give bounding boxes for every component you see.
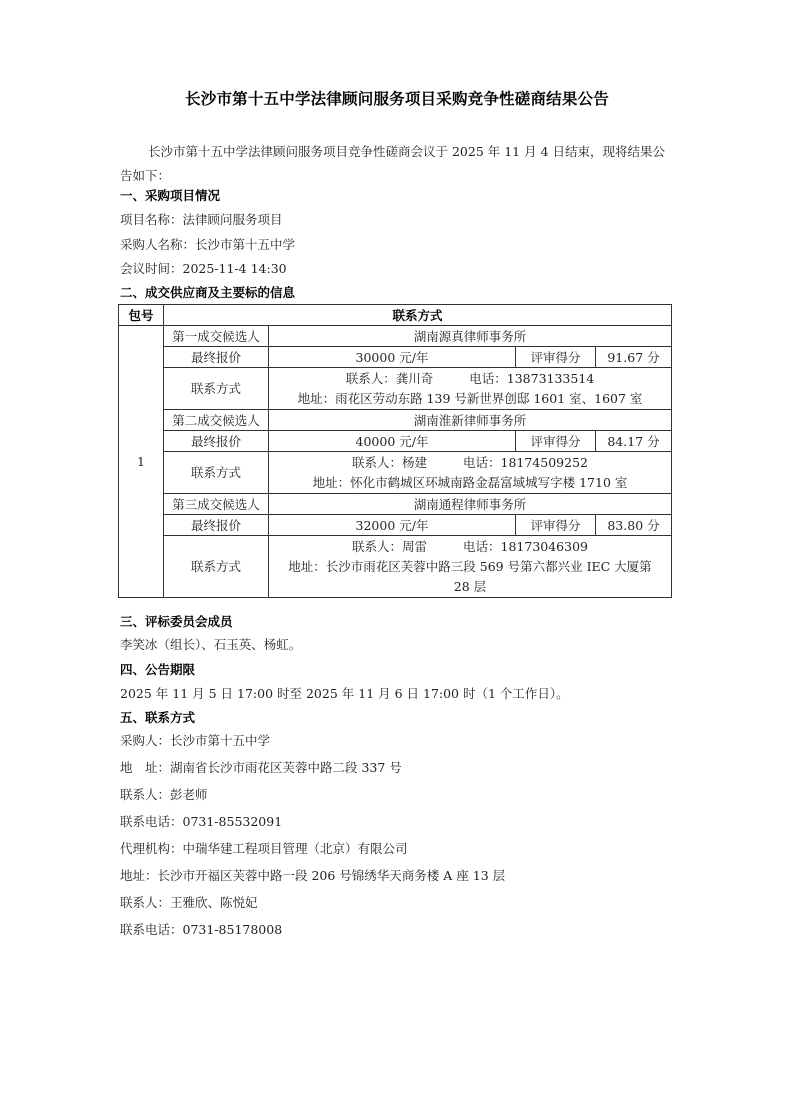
contact-person: 联系人：杨建 [352,455,427,470]
contact-info: 联系人：龚川奇电话：13873133514 地址：雨花区劳动东路 139 号新世… [269,368,672,410]
table-row: 第三成交候选人 湖南通程律师事务所 [119,494,672,515]
contact-info: 联系人：周雷电话：18173046309 地址：长沙市雨花区芙蓉中路三段 569… [269,536,672,598]
document-page: 长沙市第十五中学法律顾问服务项目采购竞争性磋商结果公告 长沙市第十五中学法律顾问… [0,0,794,1108]
section-4-heading: 四、公告期限 [120,660,195,678]
table-row: 1 第一成交候选人 湖南源真律师事务所 [119,326,672,347]
section-2-heading: 二、成交供应商及主要标的信息 [120,283,295,301]
firm-name: 湖南通程律师事务所 [269,494,672,515]
contact-agency-address: 地址：长沙市开福区芙蓉中路一段 206 号锦绣华天商务楼 A 座 13 层 [120,866,505,884]
table-row: 第二成交候选人 湖南淮新律师事务所 [119,410,672,431]
score-value: 84.17 分 [596,431,672,452]
contact-purchaser: 采购人：长沙市第十五中学 [120,731,270,749]
contact-purchaser-address: 地 址：湖南省长沙市雨花区芙蓉中路二段 337 号 [120,758,402,776]
contact-label: 联系方式 [164,536,269,598]
contact-info: 联系人：杨建电话：18174509252 地址：怀化市鹤城区环城南路金磊富域城写… [269,452,672,494]
contact-phone: 电话：18173046309 [463,539,588,554]
results-table: 包号 联系方式 1 第一成交候选人 湖南源真律师事务所 最终报价 30000 元… [118,304,672,598]
score-value: 91.67 分 [596,347,672,368]
contact-agency: 代理机构：中瑞华建工程项目管理（北京）有限公司 [120,839,408,857]
contact-address: 地址：怀化市鹤城区环城南路金磊富域城写字楼 1710 室 [273,473,667,493]
committee-members: 李笑冰（组长）、石玉英、杨虹。 [120,635,301,653]
table-row: 联系方式 联系人：杨建电话：18174509252 地址：怀化市鹤城区环城南路金… [119,452,672,494]
score-label: 评审得分 [516,515,596,536]
price-label: 最终报价 [164,515,269,536]
intro-paragraph: 长沙市第十五中学法律顾问服务项目竞争性磋商会议于 2025 年 11 月 4 日… [120,140,676,188]
contact-purchaser-person: 联系人：彭老师 [120,785,208,803]
contact-phone: 电话：13873133514 [469,371,594,386]
header-package: 包号 [119,305,164,326]
price-value: 40000 元/年 [269,431,516,452]
firm-name: 湖南淮新律师事务所 [269,410,672,431]
section-3-heading: 三、评标委员会成员 [120,612,233,630]
contact-agency-phone: 联系电话：0731-85178008 [120,920,282,938]
notice-period: 2025 年 11 月 5 日 17:00 时至 2025 年 11 月 6 日… [120,684,569,702]
contact-agency-persons: 联系人：王雅欣、陈悦妃 [120,893,258,911]
table-row: 最终报价 30000 元/年 评审得分 91.67 分 [119,347,672,368]
table-row: 联系方式 联系人：龚川奇电话：13873133514 地址：雨花区劳动东路 13… [119,368,672,410]
contact-label: 联系方式 [164,368,269,410]
contact-address-cont: 28 层 [273,577,667,597]
contact-phone: 电话：18174509252 [463,455,588,470]
contact-label: 联系方式 [164,452,269,494]
price-value: 32000 元/年 [269,515,516,536]
firm-name: 湖南源真律师事务所 [269,326,672,347]
contact-person: 联系人：龚川奇 [346,371,434,386]
package-number: 1 [119,326,164,598]
table-row: 最终报价 32000 元/年 评审得分 83.80 分 [119,515,672,536]
header-contact: 联系方式 [164,305,672,326]
contact-purchaser-phone: 联系电话：0731-85532091 [120,812,282,830]
section-5-heading: 五、联系方式 [120,708,195,726]
score-value: 83.80 分 [596,515,672,536]
table-row: 最终报价 40000 元/年 评审得分 84.17 分 [119,431,672,452]
score-label: 评审得分 [516,347,596,368]
table-row: 联系方式 联系人：周雷电话：18173046309 地址：长沙市雨花区芙蓉中路三… [119,536,672,598]
purchaser-name: 采购人名称：长沙市第十五中学 [120,235,295,253]
contact-person: 联系人：周雷 [352,539,427,554]
price-label: 最终报价 [164,431,269,452]
contact-address: 地址：长沙市雨花区芙蓉中路三段 569 号第六都兴业 IEC 大厦第 [273,557,667,577]
price-value: 30000 元/年 [269,347,516,368]
meeting-time: 会议时间：2025-11-4 14:30 [120,259,287,277]
page-title: 长沙市第十五中学法律顾问服务项目采购竞争性磋商结果公告 [0,87,794,109]
rank-label: 第三成交候选人 [164,494,269,515]
rank-label: 第二成交候选人 [164,410,269,431]
section-1-heading: 一、采购项目情况 [120,186,220,204]
project-name: 项目名称：法律顾问服务项目 [120,210,283,228]
score-label: 评审得分 [516,431,596,452]
contact-address: 地址：雨花区劳动东路 139 号新世界创邸 1601 室、1607 室 [273,389,667,409]
price-label: 最终报价 [164,347,269,368]
rank-label: 第一成交候选人 [164,326,269,347]
table-header-row: 包号 联系方式 [119,305,672,326]
